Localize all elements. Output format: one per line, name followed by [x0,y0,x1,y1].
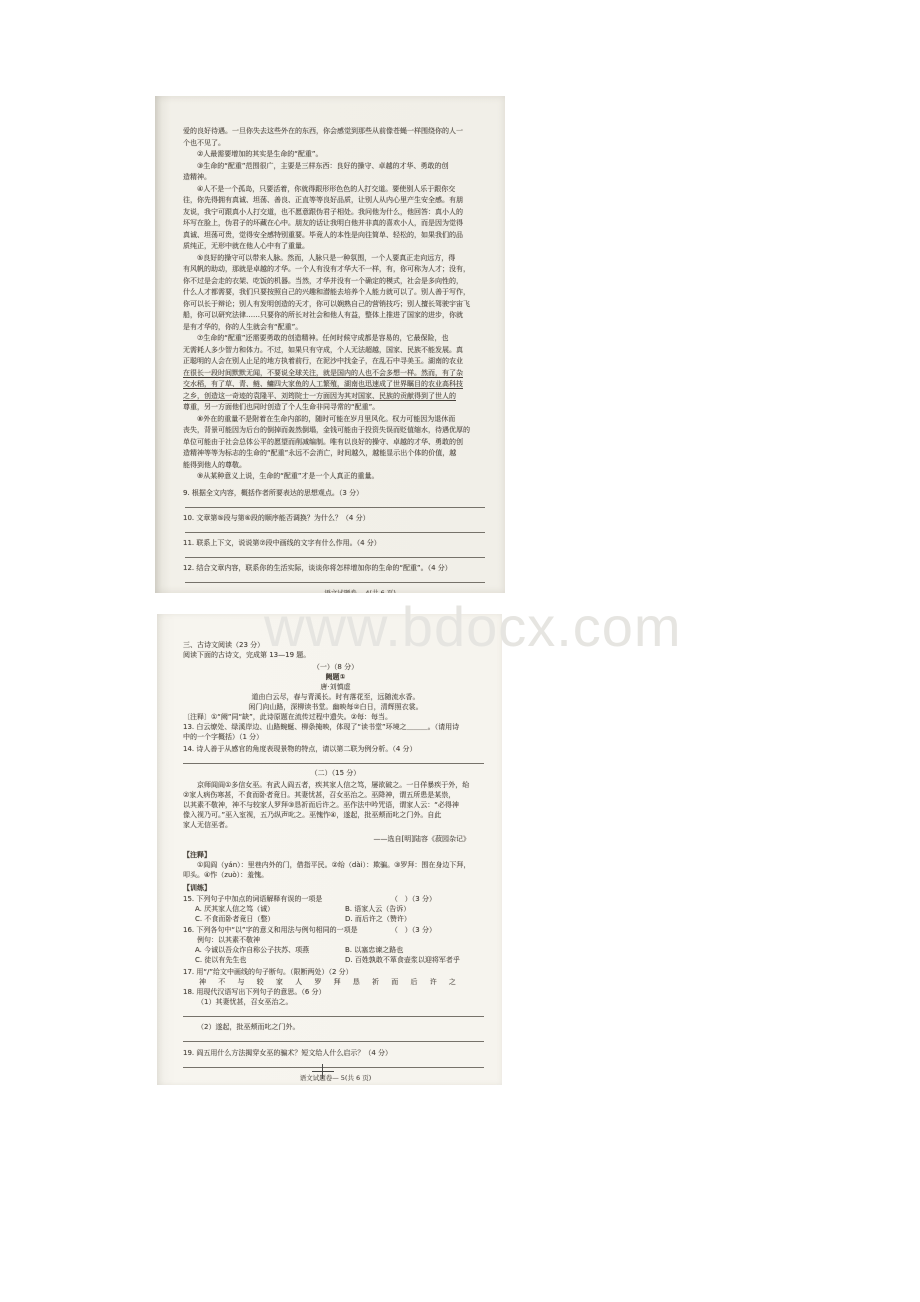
poem-line: 道由白云尽，春与青溪长。时有落花至，远随流水香。 [183,692,488,702]
essay-line: 爱的良好待遇。一旦你失去这些外在的东西，你会感觉到那些从前像苍蝇一样围绕你的人一 [183,126,491,138]
question-18: 18. 用现代汉语写出下列句子的意思。（6 分） [183,987,488,997]
passage-line: ②家人病伤寒甚，不食而卧者竟日。其妻忧甚，召女巫治之。巫降神，谓五所患是某祟， [183,790,488,800]
essay-line: 质纯正，无形中就在他人心中有了重量。 [183,241,491,253]
answer-line [185,532,485,533]
option: D. 而后许之（赞许） [345,914,488,924]
essay-line: 友说，我宁可跟真小人打交道，也不愿意跟伪君子相处。我问他为什么，他回答：真小人的 [183,207,491,219]
note-line: ①闾阎（yán）：里巷内外的门，借指平民。②绐（dài）：欺骗。③罗拜：围在身边… [183,860,488,870]
essay-line: 单位可能由于社会总体公平的愿望而削减编制。唯有以良好的操守、卓越的才华、勇敢的创 [183,437,491,449]
poem-title: 阙题① [183,672,488,682]
question-17: 17. 用“/”给文中画线的句子断句。（限断两处）（2 分） [183,967,488,977]
question-16: 16. 下列各句中“以”字的意义和用法与例句相同的一项是 （ ）（3 分） [183,925,488,935]
passage-line: 家人无信巫者。 [183,820,488,830]
question-11: 11. 联系上下文，说说第⑦段中画线的文字有什么作用。（4 分） [183,538,491,548]
question-19: 19. 阎五用什么方法揭穿女巫的骗术？短文给人什么启示？（4 分） [183,1048,488,1058]
poem-body: 道由白云尽，春与青溪长。时有落花至，远随流水香。闲门向山路，深柳读书堂。幽映每②… [183,692,488,712]
essay-line: 是有才华的，你的人生就会有“配重”。 [183,322,491,334]
answer-line [185,582,485,583]
essay-line: ②人最需要增加的其实是生命的“配重”。 [183,149,491,161]
answer-line [185,557,485,558]
essay-line: ③生命的“配重”范围很广，主要是三样东西：良好的操守、卓越的才华、勇敢的创 [183,161,491,173]
question-17-sentence: 神 不 与 较 家 人 罗 拜 恳 祈 而 后 许 之 [183,977,488,987]
page-footer: 语文试题卷— 4(共 6 页) [183,588,491,594]
answer-line [185,507,485,508]
question-16-example: 例句：以其素不敬神 [183,935,488,945]
poem-note: 〔注释〕①“阙”同“缺”，此诗原题在流传过程中遗失。②每：每当。 [183,712,488,722]
essay-line: 你不过是会走的衣架、吃饭的机器。当然，才华并没有一个确定的模式，社会是多向性的， [183,276,491,288]
question-16-stem: 16. 下列各句中“以”字的意义和用法与例句相同的一项是 [183,925,358,935]
essay-line: 无需耗人多少智力和体力。不过，如果只有守成，个人无法超越，国家、民族不能发展。真 [183,345,491,357]
cross-vertical-line [322,1064,323,1079]
answer-bracket: （ ）（3 分） [391,894,436,904]
essay-line: 个也不见了。 [183,138,491,150]
essay-line: ⑤良好的操守可以带来人脉。然而，人脉只是一种氛围，一个人要真正走向远方，得 [183,253,491,265]
poem-author: 唐·刘慎虚 [183,682,488,692]
question-15-options: A. 厌其家人信之笃（诚）B. 语家人云（告诉）C. 不食而卧者竟日（整）D. … [183,904,488,924]
training-header: 【训练】 [183,883,488,893]
option: A. 厌其家人信之笃（诚） [195,904,345,914]
passage-line: 像入视乃可。”巫入室视，五乃纵声叱之。巫愧怍④，遂起，批巫颊而叱之门外。自此 [183,810,488,820]
question-line: 13. 白云缭处、绿溪岸边、山路蜿蜒、柳条掩映，体现了“读书堂”环境之＿＿＿。（… [183,722,488,732]
option: C. 不食而卧者竟日（整） [195,914,345,924]
essay-line: 交水稻，有了草、青、鲢、鳙四大家鱼的人工繁殖，湖南也迅速成了世界瞩目的农业高科技 [183,379,491,391]
scanned-page-1: 爱的良好待遇。一旦你失去这些外在的东西，你会感觉到那些从前像苍蝇一样围绕你的人一… [155,96,505,593]
passage-line: 以其素不敬神，神不与较家人罗拜③恳祈而后许之。巫作法中吟咒语，谓家人云：“必得神 [183,800,488,810]
passage-source: ——选自[明]陆容《菽园杂记》 [183,834,488,844]
registration-cross-icon [312,1064,334,1079]
essay-line: 真诚、坦荡可贵，觉得安全感特别重要。毕竟人的本性是向往简单、轻松的，如果我们的品 [183,230,491,242]
essay-line: 造精神。 [183,172,491,184]
essay-line: 正聪明的人会在别人止足的地方执着前行，在泥沙中找金子，在乱石中寻美玉。湖南的农业 [183,356,491,368]
part2-header: （二）（15 分） [183,768,488,778]
essay-line: ⑦生命的“配重”还需要勇敢的创造精神。任何时候守成都是容易的，它最保险，也 [183,333,491,345]
essay-line: 在很长一段时间默默无闻，不要说全球关注，就是国内的人也不会多想一样。然而，有了杂 [183,368,491,380]
option: D. 百姓孰敢不箪食壶浆以迎将军者乎 [345,955,488,965]
question-12: 12. 结合文章内容，联系你的生活实际，谈谈你将怎样增加你的生命的“配重”。（4… [183,563,491,573]
essay-line: 有风帆的助动，那就是卓越的才华。一个人有没有才华大不一样，有，你可称为人才；没有… [183,264,491,276]
essay-line: 什么人才都需要，我们只要按照自己的兴趣和潜能去培养个人能力就可以了。别人善于写作… [183,287,491,299]
question-15: 15. 下列句子中加点的词语解释有误的一项是 （ ）（3 分） [183,894,488,904]
watermark-text: www.bdocx.com [264,594,682,659]
poem-line: 闲门向山路，深柳读书堂。幽映每②白日，清辉照衣裳。 [183,702,488,712]
essay-line: 丧失，背景可能因为后台的倒掉而轰然倒塌，金钱可能由于投资失误而贬值缩水，待遇优厚… [183,425,491,437]
document-preview: 爱的良好待遇。一旦你失去这些外在的东西，你会感觉到那些从前像苍蝇一样围绕你的人一… [0,0,920,1302]
question-9: 9. 根据全文内容，概括作者所要表达的思想观点。（3 分） [183,488,491,498]
passage-line: 京师闾阎①多信女巫。有武人阎五者，疾其家人信之笃，屡欲破之。一日佯暴疾于外，绐 [183,780,488,790]
page-footer: 语文试题卷— 5(共 6 页) [183,1073,488,1082]
essay-line: 坏写在脸上，伪君子的坏藏在心中。朋友的话让我明白他并非真的喜欢小人，而是因为觉得 [183,218,491,230]
essay-line: 你可以长于辩论；别人有发明创造的天才，你可以娴熟自己的营销技巧；别人擅长驾驶宇宙… [183,299,491,311]
question-line: 中的一个字概括）（1 分） [183,732,488,742]
essay-body: 爱的良好待遇。一旦你失去这些外在的东西，你会感觉到那些从前像苍蝇一样围绕你的人一… [183,126,491,483]
essay-line: 之乡，创造这一奇迹的袁隆平、刘筠院士一方面因为其对国家、民族的贡献得到了世人的 [183,391,491,403]
answer-line [183,763,484,764]
note-line: 叩头。④怍（zuò）：羞愧。 [183,870,488,880]
answer-bracket: （ ）（3 分） [391,925,436,935]
question-10: 10. 文章第⑤段与第⑥段的顺序能否调换？为什么？（4 分） [183,513,491,523]
option: A. 今诚以吾众诈自称公子扶苏、项燕 [195,945,345,955]
scanned-page-2: 三、古诗文阅读（23 分） 阅读下面的古诗文，完成第 13—19 题。 （一）（… [157,614,502,1085]
essay-line: 尊重，另一方面他们也同时创造了个人生命非同寻常的“配重”。 [183,402,491,414]
essay-line: 船，你可以研究法律……只要你的所长对社会和他人有益，整体上推进了国家的进步，你就 [183,310,491,322]
part1-header: （一）（8 分） [183,662,488,672]
question-15-stem: 15. 下列句子中加点的词语解释有误的一项是 [183,894,322,904]
option: C. 徒以有先生也 [195,955,345,965]
question-13: 13. 白云缭处、绿溪岸边、山路蜿蜒、柳条掩映，体现了“读书堂”环境之＿＿＿。（… [183,722,488,742]
option: B. 语家人云（告诉） [345,904,488,914]
answer-line [183,1016,484,1017]
essay-line: 往，你先得拥有真诚、坦荡、善良、正直等等良好品质，让别人从内心里产生安全感。有朋 [183,195,491,207]
essay-line: 能得到他人的尊敬。 [183,460,491,472]
essay-line: ⑨从某种意义上说，生命的“配重”才是一个人真正的重量。 [183,471,491,483]
question-14: 14. 诗人善于从感官的角度表现景物的特点，请以第二联为例分析。（4 分） [183,744,488,754]
classical-passage: 京师闾阎①多信女巫。有武人阎五者，疾其家人信之笃，屡欲破之。一日佯暴疾于外，绐②… [183,780,488,830]
answer-line [183,1041,484,1042]
essay-line: ④人不是一个孤岛，只要活着，你就得跟形形色色的人打交道。要使别人乐于跟你交 [183,184,491,196]
question-18-item-2: （2）遂起，批巫颊而叱之门外。 [183,1022,488,1032]
question-18-item-1: （1）其妻忧甚，召女巫治之。 [183,997,488,1007]
essay-line: ⑧外在的重量不是附着在生命内部的，随时可能在岁月里风化。权力可能因为退休而 [183,414,491,426]
passage-notes: ①闾阎（yán）：里巷内外的门，借指平民。②绐（dài）：欺骗。③罗拜：围在身边… [183,860,488,880]
notes-header: 【注释】 [183,850,488,860]
essay-line: 造精神等等为标志的生命的“配重”永远不会消亡，时间越久，越能显示出个体的价值，越 [183,448,491,460]
option: B. 以塞忠谏之路也 [345,945,488,955]
question-16-options: A. 今诚以吾众诈自称公子扶苏、项燕B. 以塞忠谏之路也C. 徒以有先生也D. … [183,945,488,965]
